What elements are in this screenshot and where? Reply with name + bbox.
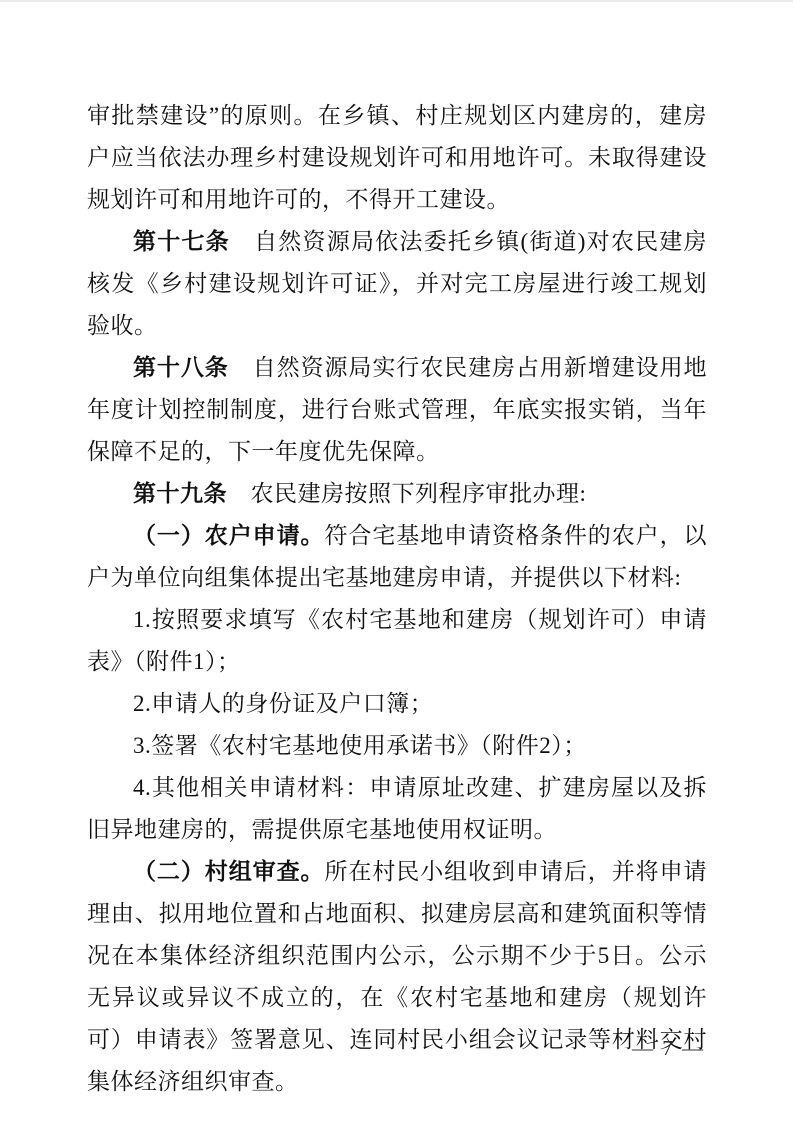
- paragraph-article-17: 第十七条 自然资源局依法委托乡镇(街道)对农民建房核发《乡村建设规划许可证》，并…: [87, 221, 707, 347]
- paragraph-text: 4.其他相关申请材料：申请原址改建、扩建房屋以及拆旧异地建房的，需提供原宅基地使…: [87, 775, 707, 842]
- paragraph-lead: 第十七条: [133, 229, 230, 254]
- paragraph-text: 所在村民小组收到申请后，并将申请理由、拟用地位置和占地面积、拟建房层高和建筑面积…: [87, 859, 707, 1094]
- paragraph-continuation: 审批禁建设”的原则。在乡镇、村庄规划区内建房的，建房户应当依法办理乡村建设规划许…: [87, 95, 707, 221]
- paragraph-material-2: 2.申请人的身份证及户口簿；: [87, 683, 707, 725]
- page-number: — 7 —: [632, 1036, 705, 1060]
- paragraph-lead: 第十九条: [133, 481, 227, 506]
- paragraph-lead: 第十八条: [133, 355, 229, 380]
- paragraph-item-1-farmer-application: （一）农户申请。符合宅基地申请资格条件的农户，以户为单位向组集体提出宅基地建房申…: [87, 515, 707, 599]
- document-page: 审批禁建设”的原则。在乡镇、村庄规划区内建房的，建房户应当依法办理乡村建设规划许…: [0, 0, 793, 1122]
- paragraph-lead: （二）村组审查。: [133, 859, 324, 884]
- paragraph-material-1: 1.按照要求填写《农村宅基地和建房（规划许可）申请表》（附件1）；: [87, 599, 707, 683]
- paragraph-article-18: 第十八条 自然资源局实行农民建房占用新增建设用地年度计划控制制度，进行台账式管理…: [87, 347, 707, 473]
- page-footer: — 7 —: [632, 1034, 705, 1062]
- paragraph-text: 2.申请人的身份证及户口簿；: [133, 691, 433, 716]
- paragraph-text: 1.按照要求填写《农村宅基地和建房（规划许可）申请表》（附件1）；: [87, 607, 707, 674]
- paragraph-item-2-village-review: （二）村组审查。所在村民小组收到申请后，并将申请理由、拟用地位置和占地面积、拟建…: [87, 851, 707, 1103]
- paragraph-material-3: 3.签署《农村宅基地使用承诺书》（附件2）；: [87, 725, 707, 767]
- paragraph-lead: （一）农户申请。: [133, 523, 324, 548]
- paragraph-article-19: 第十九条 农民建房按照下列程序审批办理:: [87, 473, 707, 515]
- paragraph-material-4: 4.其他相关申请材料：申请原址改建、扩建房屋以及拆旧异地建房的，需提供原宅基地使…: [87, 767, 707, 851]
- paragraph-text: 审批禁建设”的原则。在乡镇、村庄规划区内建房的，建房户应当依法办理乡村建设规划许…: [87, 103, 707, 212]
- paragraph-text: 农民建房按照下列程序审批办理:: [227, 481, 586, 506]
- paragraph-text: 3.签署《农村宅基地使用承诺书》（附件2）；: [133, 733, 587, 758]
- document-body: 审批禁建设”的原则。在乡镇、村庄规划区内建房的，建房户应当依法办理乡村建设规划许…: [87, 95, 707, 1103]
